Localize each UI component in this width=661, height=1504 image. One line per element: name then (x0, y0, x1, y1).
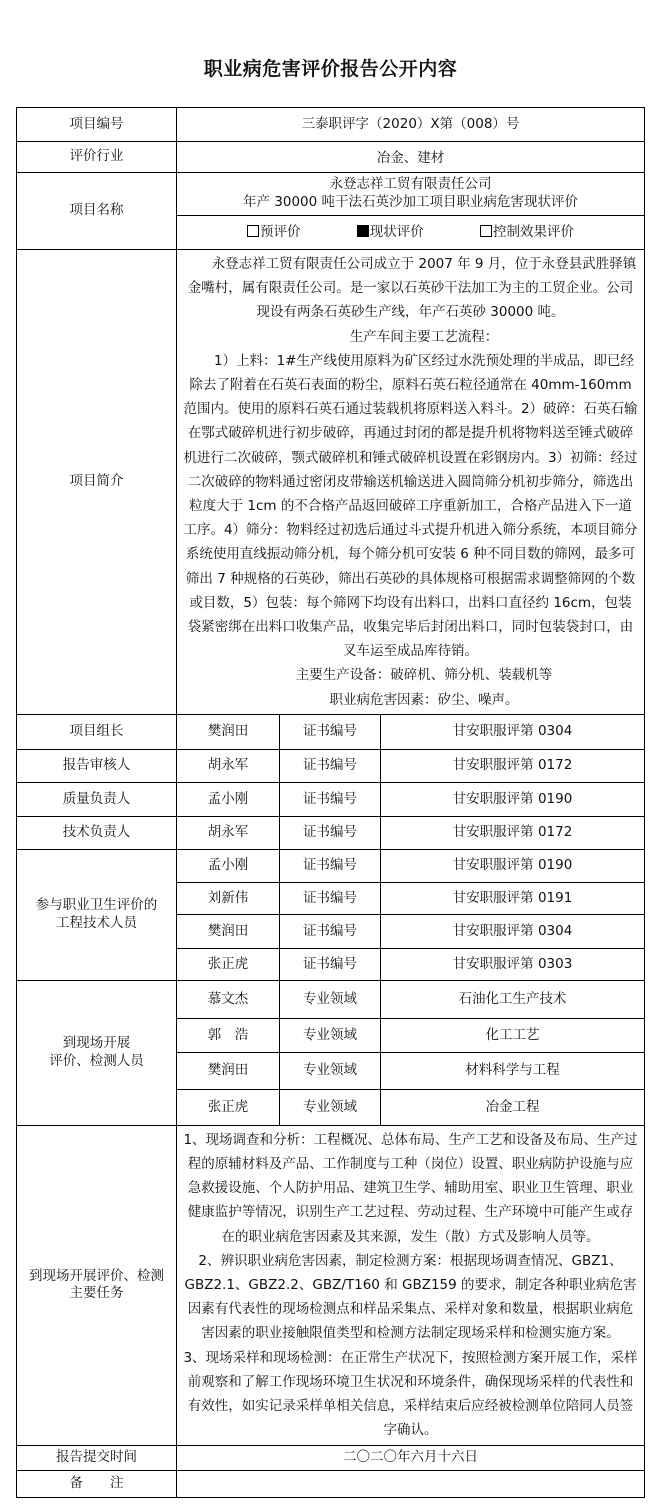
unchecked-box-icon[interactable] (480, 225, 492, 237)
cert-number: 甘安职服评第 0172 (381, 749, 645, 782)
summary-paragraph: 主要生产设备：破碎机、筛分机、装载机等 (183, 663, 638, 687)
submission-date: 二〇二〇年六月十六日 (177, 1445, 645, 1470)
project-name-value: 永登志祥工贸有限责任公司 年产 30000 吨干法石英沙加工项目职业病危害现状评… (177, 173, 645, 216)
cert-label: 证书编号 (280, 849, 381, 882)
project-name-label: 项目名称 (17, 173, 177, 250)
person-name: 张正虎 (177, 948, 280, 980)
remarks-value (177, 1470, 645, 1497)
person-name: 樊润田 (177, 1052, 280, 1089)
industry-row: 评价行业 冶金、建材 (17, 142, 645, 173)
field-label: 专业领域 (280, 1018, 381, 1052)
option-control-effect-evaluation[interactable]: 控制效果评价 (480, 224, 574, 242)
person-name: 胡永军 (177, 749, 280, 782)
person-name: 樊润田 (177, 714, 280, 749)
industry-value: 冶金、建材 (177, 142, 645, 173)
role-label: 技术负责人 (17, 816, 177, 849)
field-value: 化工工艺 (381, 1018, 645, 1052)
project-summary-label: 项目简介 (17, 250, 177, 715)
project-summary-row: 项目简介 永登志祥工贸有限责任公司成立于 2007 年 9 月，位于永登县武胜驿… (17, 250, 645, 715)
role-label: 报告审核人 (17, 749, 177, 782)
project-number-value: 三泰职评字（2020）X第（008）号 (177, 108, 645, 142)
cert-label: 证书编号 (280, 749, 381, 782)
option-current-evaluation[interactable]: 现状评价 (357, 224, 424, 242)
leader-row: 项目组长 樊润田 证书编号 甘安职服评第 0304 (17, 714, 645, 749)
project-number-label: 项目编号 (17, 108, 177, 142)
remarks-row: 备 注 (17, 1470, 645, 1497)
cert-number: 甘安职服评第 0304 (381, 914, 645, 948)
leader-row: 质量负责人 孟小刚 证书编号 甘安职服评第 0190 (17, 782, 645, 816)
project-number-row: 项目编号 三泰职评字（2020）X第（008）号 (17, 108, 645, 142)
task-item: 2、辨识职业病危害因素，制定检测方案：根据现场调查情况、GBZ1、GBZ2.1、… (183, 1249, 638, 1346)
summary-paragraph: 1）上料：1#生产线使用原料为矿区经过水洗预处理的半成品，即已经除去了附着在石英… (183, 349, 638, 664)
cert-label: 证书编号 (280, 816, 381, 849)
page-title: 职业病危害评价报告公开内容 (0, 54, 661, 81)
project-name-row: 项目名称 永登志祥工贸有限责任公司 年产 30000 吨干法石英沙加工项目职业病… (17, 173, 645, 216)
task-item: 1、现场调查和分析：工程概况、总体布局、生产工艺和设备及布局、生产过程的原辅材料… (183, 1128, 638, 1249)
industry-label: 评价行业 (17, 142, 177, 173)
person-name: 孟小刚 (177, 782, 280, 816)
remarks-label: 备 注 (17, 1470, 177, 1497)
person-name: 孟小刚 (177, 849, 280, 882)
engineer-row: 参与职业卫生评价的 工程技术人员 孟小刚 证书编号 甘安职服评第 0190 (17, 849, 645, 882)
submission-row: 报告提交时间 二〇二〇年六月十六日 (17, 1445, 645, 1470)
onsite-staff-label: 到现场开展 评价、检测人员 (17, 980, 177, 1125)
leader-row: 报告审核人 胡永军 证书编号 甘安职服评第 0172 (17, 749, 645, 782)
field-value: 材料科学与工程 (381, 1052, 645, 1089)
person-name: 胡永军 (177, 816, 280, 849)
summary-paragraph: 永登志祥工贸有限责任公司成立于 2007 年 9 月，位于永登县武胜驿镇金嘴村，… (183, 252, 638, 325)
person-name: 郭 浩 (177, 1018, 280, 1052)
cert-number: 甘安职服评第 0303 (381, 948, 645, 980)
project-title: 年产 30000 吨干法石英沙加工项目职业病危害现状评价 (177, 194, 644, 212)
onsite-tasks-text: 1、现场调查和分析：工程概况、总体布局、生产工艺和设备及布局、生产过程的原辅材料… (177, 1125, 645, 1445)
role-label: 项目组长 (17, 714, 177, 749)
person-name: 张正虎 (177, 1089, 280, 1125)
onsite-tasks-label: 到现场开展评价、检测 主要任务 (17, 1125, 177, 1445)
cert-label: 证书编号 (280, 914, 381, 948)
report-table: 项目编号 三泰职评字（2020）X第（008）号 评价行业 冶金、建材 项目名称… (16, 107, 645, 1498)
checked-box-icon[interactable] (357, 225, 369, 237)
cert-number: 甘安职服评第 0191 (381, 882, 645, 914)
onsite-tasks-row: 到现场开展评价、检测 主要任务 1、现场调查和分析：工程概况、总体布局、生产工艺… (17, 1125, 645, 1445)
company-name: 永登志祥工贸有限责任公司 (177, 176, 644, 194)
cert-label: 证书编号 (280, 782, 381, 816)
cert-label: 证书编号 (280, 882, 381, 914)
person-name: 刘新伟 (177, 882, 280, 914)
cert-number: 甘安职服评第 0190 (381, 782, 645, 816)
unchecked-box-icon[interactable] (247, 225, 259, 237)
summary-paragraph: 职业病危害因素：矽尘、噪声。 (183, 688, 638, 712)
evaluation-type-options: 预评价 现状评价 控制效果评价 (177, 216, 645, 250)
onsite-staff-row: 到现场开展 评价、检测人员 慕文杰 专业领域 石油化工生产技术 (17, 980, 645, 1018)
option-pre-evaluation[interactable]: 预评价 (247, 224, 301, 242)
task-item: 3、现场采样和现场检测：在正常生产状况下，按照检测方案开展工作，采样前观察和了解… (183, 1346, 638, 1443)
leader-row: 技术负责人 胡永军 证书编号 甘安职服评第 0172 (17, 816, 645, 849)
cert-number: 甘安职服评第 0190 (381, 849, 645, 882)
person-name: 慕文杰 (177, 980, 280, 1018)
cert-label: 证书编号 (280, 714, 381, 749)
submission-label: 报告提交时间 (17, 1445, 177, 1470)
summary-paragraph: 生产车间主要工艺流程： (183, 325, 638, 349)
project-summary-text: 永登志祥工贸有限责任公司成立于 2007 年 9 月，位于永登县武胜驿镇金嘴村，… (177, 250, 645, 715)
role-label: 质量负责人 (17, 782, 177, 816)
engineers-label: 参与职业卫生评价的 工程技术人员 (17, 849, 177, 980)
field-value: 石油化工生产技术 (381, 980, 645, 1018)
cert-label: 证书编号 (280, 948, 381, 980)
field-label: 专业领域 (280, 1089, 381, 1125)
cert-number: 甘安职服评第 0304 (381, 714, 645, 749)
cert-number: 甘安职服评第 0172 (381, 816, 645, 849)
field-value: 冶金工程 (381, 1089, 645, 1125)
field-label: 专业领域 (280, 980, 381, 1018)
field-label: 专业领域 (280, 1052, 381, 1089)
person-name: 樊润田 (177, 914, 280, 948)
